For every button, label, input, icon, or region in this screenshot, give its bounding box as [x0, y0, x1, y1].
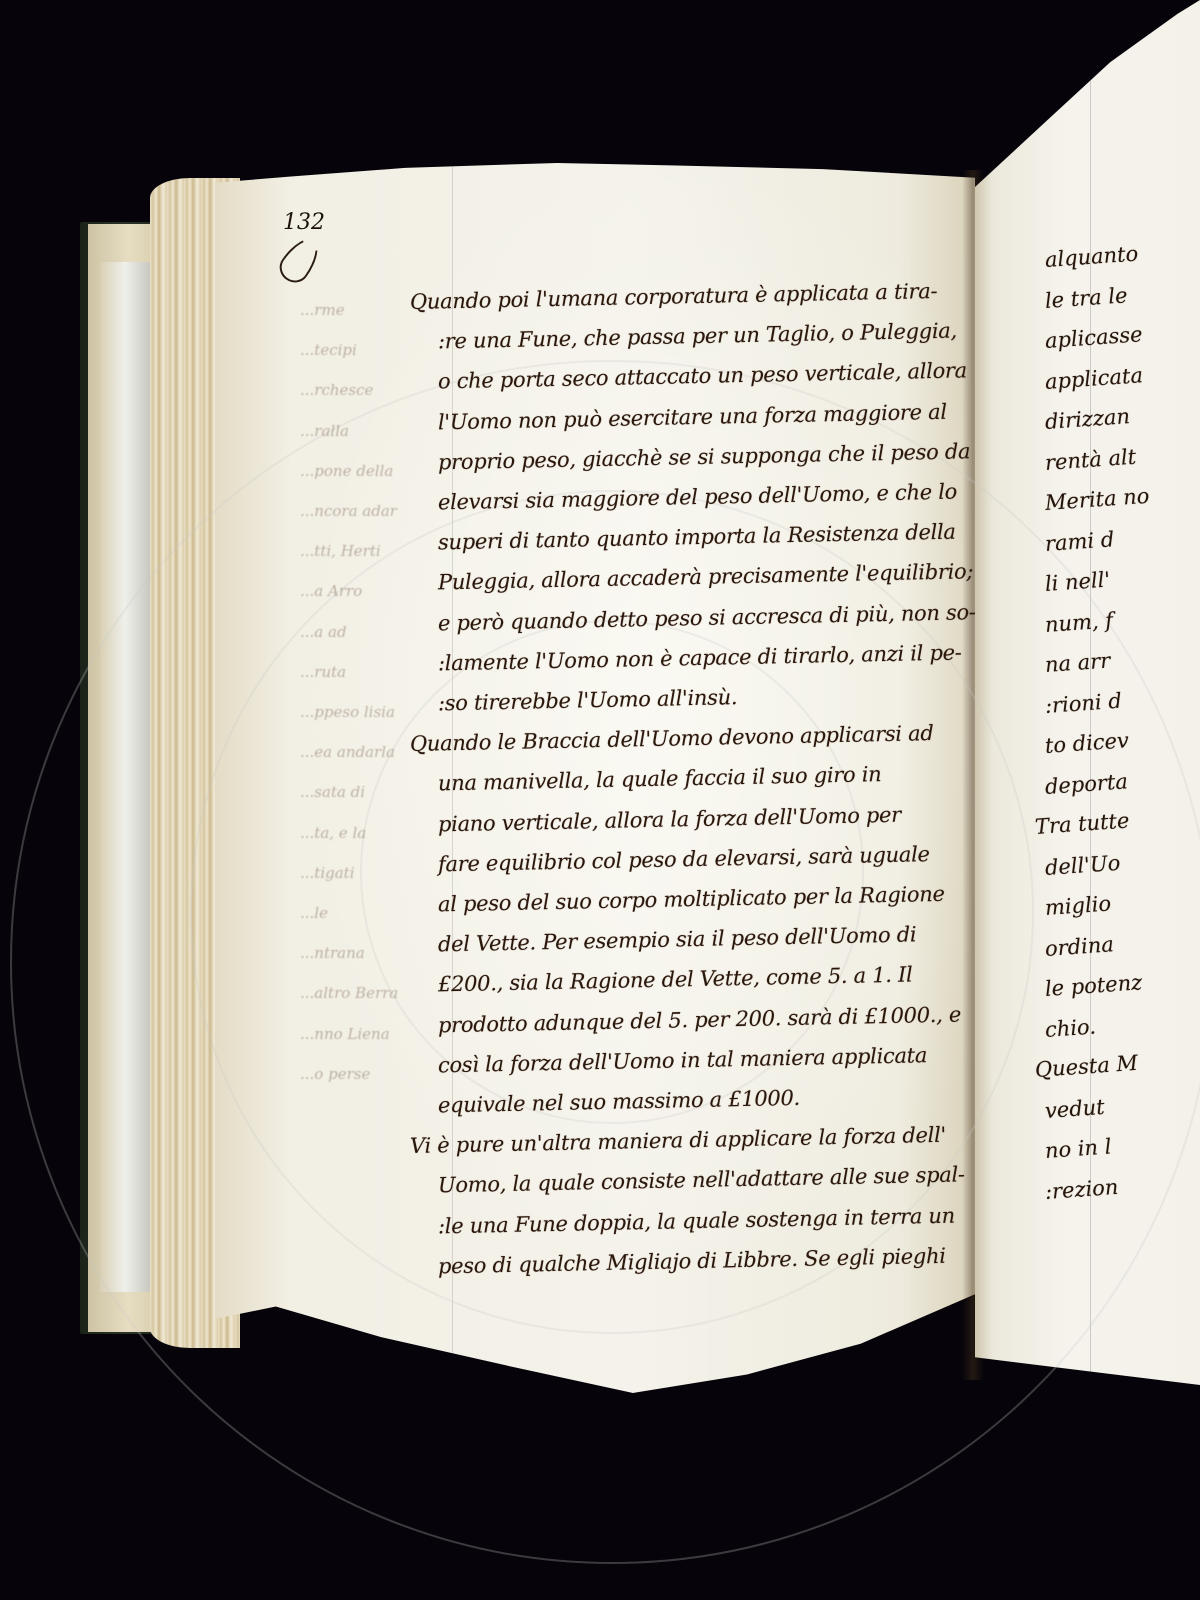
- bleed-line: ...rchesce: [300, 370, 410, 410]
- bleed-line: ...ralla: [300, 411, 410, 451]
- bleed-line: ...sata di: [300, 772, 410, 812]
- bleed-line: ...ruta: [300, 652, 410, 692]
- bleed-line: ...rme: [300, 290, 410, 330]
- bleed-line: ...tigati: [300, 853, 410, 893]
- bleed-line: ...ppeso lisia: [300, 692, 410, 732]
- bleed-line: ...a Arro: [300, 571, 410, 611]
- manuscript-text-left: Quando poi l'umana corporatura è applica…: [410, 282, 970, 1287]
- bleed-line: ...ncora adar: [300, 491, 410, 531]
- bleed-line: ...pone della: [300, 451, 410, 491]
- bleed-line: ...nno Liena: [300, 1014, 410, 1054]
- bleed-line: ...o perse: [300, 1054, 410, 1094]
- bleed-line: ...ntrana: [300, 933, 410, 973]
- bleed-line: ...ta, e la: [300, 813, 410, 853]
- bleed-line: ...altro Berra: [300, 973, 410, 1013]
- manuscript-text-right: alquanto le tra le aplicasse applicata d…: [1045, 240, 1200, 1212]
- bleed-line: ...le: [300, 893, 410, 933]
- bleed-line: ...tti, Herti: [300, 531, 410, 571]
- bleed-line: ...ea andarla: [300, 732, 410, 772]
- folio-number: 132: [283, 210, 325, 235]
- bleed-through-text: ...rme ...tecipi ...rchesce ...ralla ...…: [300, 290, 410, 1094]
- bleed-line: ...a ad: [300, 612, 410, 652]
- bleed-line: ...tecipi: [300, 330, 410, 370]
- photograph-scene: 132 ...rme ...tecipi ...rchesce ...ralla…: [0, 0, 1200, 1600]
